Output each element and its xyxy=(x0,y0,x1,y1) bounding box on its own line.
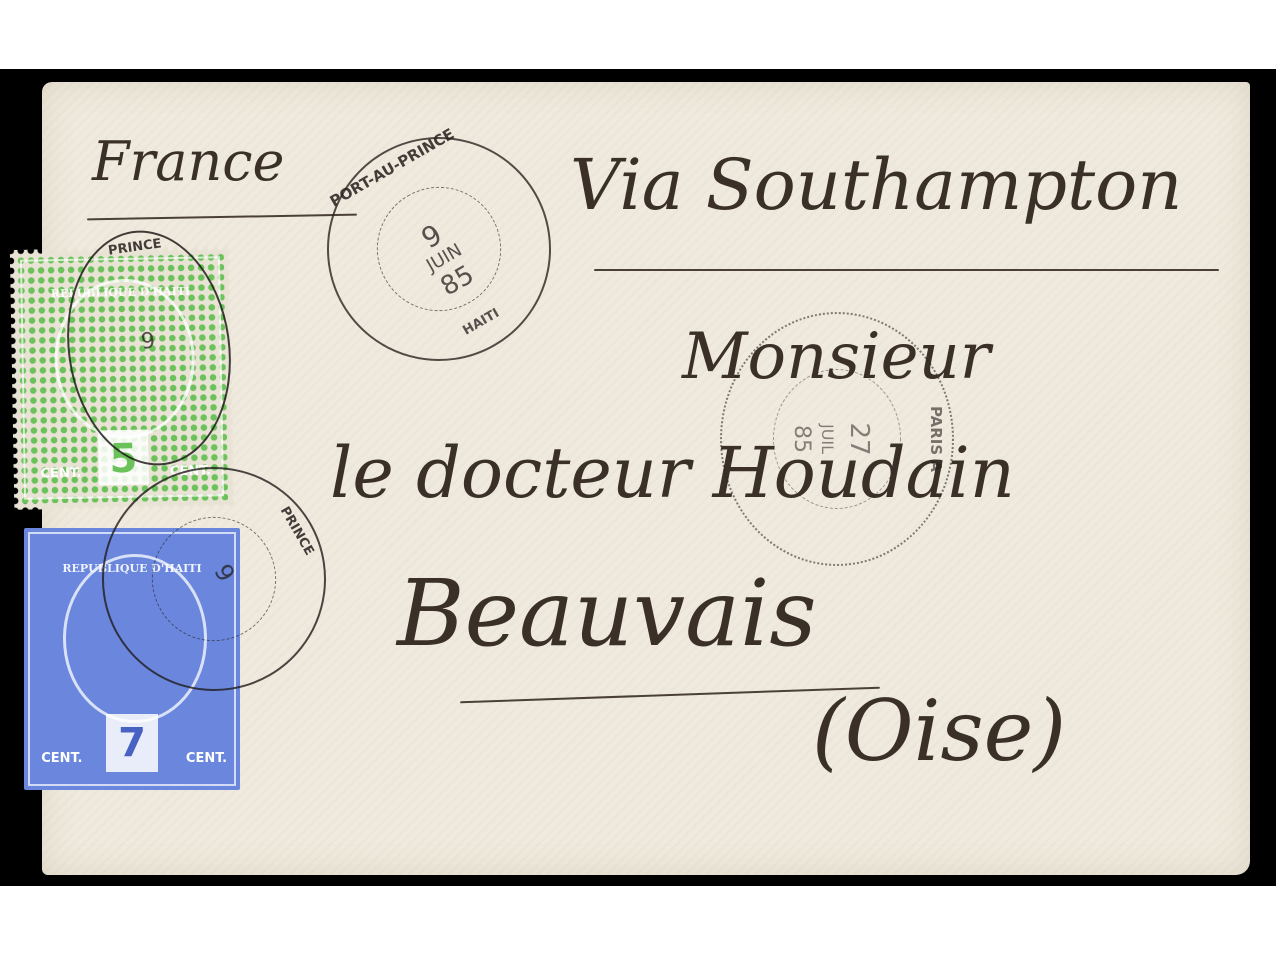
stamp-unit-left: CENT. xyxy=(41,751,82,766)
postmark-year: 85 xyxy=(789,314,814,564)
postmark-day: 9 xyxy=(68,319,228,366)
postmark-port-au-prince: PORT-AU-PRINCE 9 JUIN 85 HAITI xyxy=(286,96,592,402)
envelope: France Via Southampton Monsieur le docte… xyxy=(42,82,1250,875)
stamp-unit-right: CENT. xyxy=(186,751,227,766)
destination-country: France xyxy=(92,130,284,193)
department: (Oise) xyxy=(812,682,1066,780)
postmark-month: JUIL xyxy=(818,314,837,564)
stamp-unit-left: CENT. xyxy=(40,465,81,481)
stamp-value: 7 xyxy=(106,714,158,772)
postmark-city: PARIS A xyxy=(927,314,945,564)
routing-instruction: Via Southampton xyxy=(570,144,1182,226)
routing-underline xyxy=(594,269,1219,271)
postmark-paris-arrival: PARIS A 27 JUIL 85 xyxy=(720,312,954,566)
postmark-day: 27 xyxy=(844,314,874,564)
city: Beauvais xyxy=(397,560,817,667)
